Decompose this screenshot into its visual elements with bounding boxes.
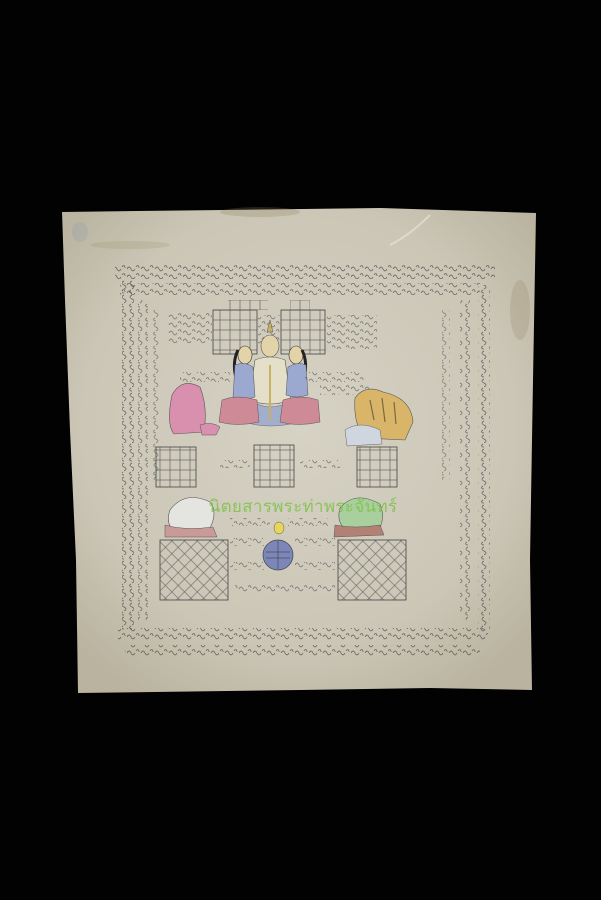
photo-background: นิตยสารพระท่าพระจันทร์ (0, 0, 601, 900)
yantra-cloth (0, 0, 601, 900)
magazine-watermark: นิตยสารพระท่าพระจันทร์ (183, 493, 423, 520)
